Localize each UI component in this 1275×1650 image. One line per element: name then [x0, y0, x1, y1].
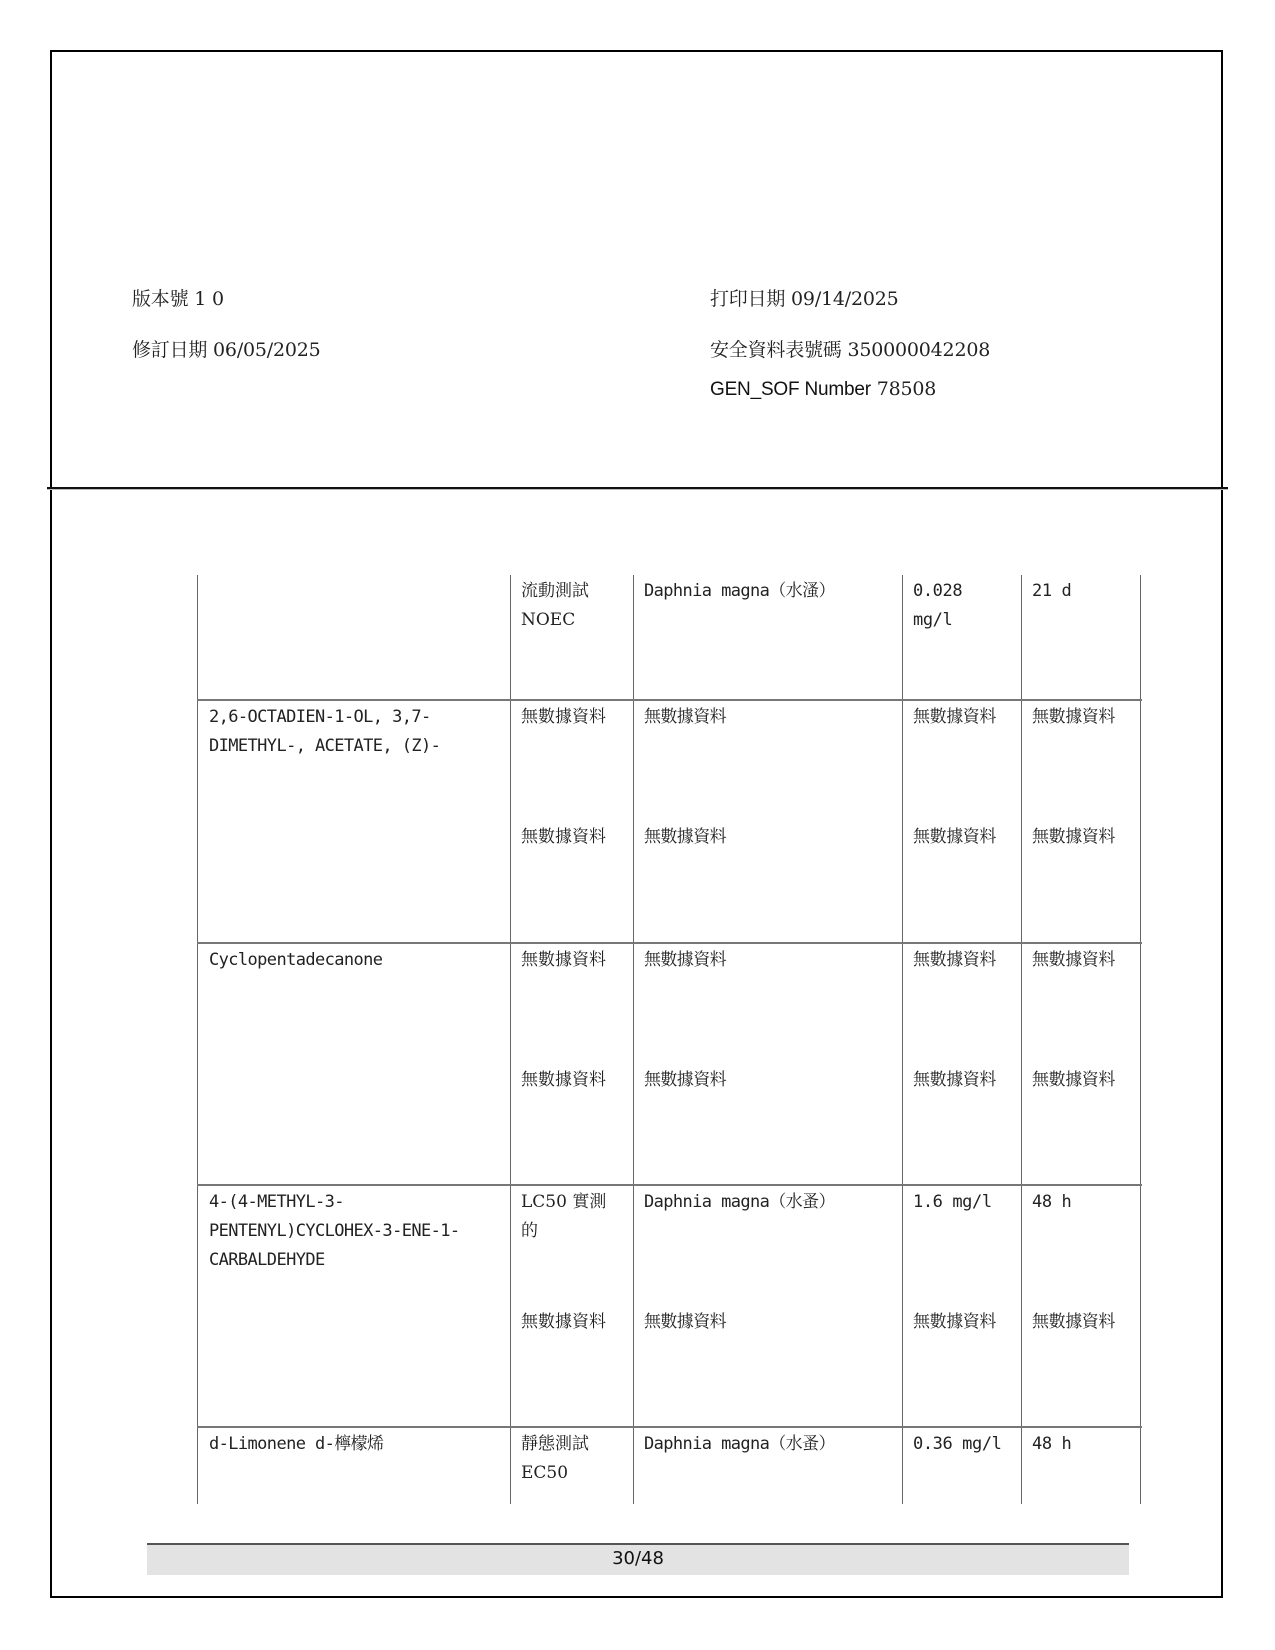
species-cell-column: 無數據資料無數據資料	[633, 944, 902, 1184]
revision-date: 06/05/2025	[213, 339, 321, 361]
table-row: 2,6-OCTADIEN-1-OL, 3,7-DIMETHYL-, ACETAT…	[197, 699, 1142, 942]
print-label: 打印日期	[710, 288, 785, 310]
duration-cell: 無數據資料	[1022, 701, 1140, 821]
species-cell-column: 無數據資料無數據資料	[633, 701, 902, 942]
test-type-cell-column: 無數據資料無數據資料	[510, 944, 633, 1184]
version-label: 版本號	[132, 288, 188, 310]
species-cell: Daphnia magna（水溞）	[634, 575, 902, 699]
test-type-cell: 靜態測試 EC50	[511, 1428, 633, 1504]
substance-cell: 4-(4-METHYL-3-PENTENYL)CYCLOHEX-3-ENE-1-…	[197, 1186, 510, 1426]
test-type-cell: 流動測試 NOEC	[511, 575, 633, 699]
header-divider	[47, 487, 1228, 490]
species-cell-column: Daphnia magna（水蚤）無數據資料	[633, 1186, 902, 1426]
duration-cell-column: 無數據資料無數據資料	[1021, 701, 1141, 942]
value-cell: 無數據資料	[903, 1064, 1021, 1184]
species-cell: 無數據資料	[634, 701, 902, 821]
duration-cell-column: 48 h無數據資料	[1021, 1186, 1141, 1426]
duration-cell: 無數據資料	[1022, 821, 1140, 942]
duration-cell: 無數據資料	[1022, 1064, 1140, 1184]
ecotoxicity-table: 流動測試 NOECDaphnia magna（水溞）0.028 mg/l21 d…	[197, 575, 1142, 1504]
test-type-cell: 無數據資料	[511, 701, 633, 821]
page-footer: 30/48	[147, 1543, 1129, 1575]
sds-number-line: 安全資料表號碼 350000042208	[710, 335, 990, 362]
duration-cell: 21 d	[1022, 575, 1140, 699]
print-date: 09/14/2025	[791, 288, 899, 310]
species-cell: Daphnia magna（水蚤）	[634, 1186, 902, 1306]
value-cell: 無數據資料	[903, 701, 1021, 821]
gen-sof-line: GEN_SOF Number 78508	[710, 378, 936, 401]
species-cell: 無數據資料	[634, 1306, 902, 1426]
value-cell: 0.36 mg/l	[903, 1428, 1021, 1504]
value-cell-column: 無數據資料無數據資料	[902, 701, 1021, 942]
gen-sof-number: 78508	[877, 378, 936, 400]
sds-number: 350000042208	[847, 339, 990, 361]
sds-label: 安全資料表號碼	[710, 339, 842, 361]
table-row: 4-(4-METHYL-3-PENTENYL)CYCLOHEX-3-ENE-1-…	[197, 1184, 1142, 1426]
version-line: 版本號 1 0	[132, 284, 224, 311]
test-type-cell-column: LC50 實測的無數據資料	[510, 1186, 633, 1426]
duration-cell: 無數據資料	[1022, 944, 1140, 1064]
duration-cell: 48 h	[1022, 1186, 1140, 1306]
test-type-cell-column: 無數據資料無數據資料	[510, 701, 633, 942]
duration-cell-column: 無數據資料無數據資料	[1021, 944, 1141, 1184]
value-cell-column: 0.36 mg/l	[902, 1428, 1021, 1504]
species-cell: 無數據資料	[634, 944, 902, 1064]
substance-cell: d-Limonene d-檸檬烯	[197, 1428, 510, 1504]
value-cell-column: 1.6 mg/l無數據資料	[902, 1186, 1021, 1426]
test-type-cell: 無數據資料	[511, 821, 633, 942]
substance-cell: Cyclopentadecanone	[197, 944, 510, 1184]
revision-date-line: 修訂日期 06/05/2025	[132, 335, 321, 362]
revision-label: 修訂日期	[132, 339, 207, 361]
value-cell-column: 0.028 mg/l	[902, 575, 1021, 699]
print-date-line: 打印日期 09/14/2025	[710, 284, 899, 311]
duration-cell: 無數據資料	[1022, 1306, 1140, 1426]
value-cell-column: 無數據資料無數據資料	[902, 944, 1021, 1184]
value-cell: 無數據資料	[903, 944, 1021, 1064]
duration-cell-column: 48 h	[1021, 1428, 1141, 1504]
species-cell: 無數據資料	[634, 821, 902, 942]
substance-cell: 2,6-OCTADIEN-1-OL, 3,7-DIMETHYL-, ACETAT…	[197, 701, 510, 942]
page-indicator: 30/48	[612, 1548, 664, 1569]
value-cell: 1.6 mg/l	[903, 1186, 1021, 1306]
species-cell-column: Daphnia magna（水溞）	[633, 575, 902, 699]
value-cell: 無數據資料	[903, 1306, 1021, 1426]
duration-cell-column: 21 d	[1021, 575, 1141, 699]
test-type-cell: 無數據資料	[511, 1064, 633, 1184]
substance-cell	[197, 575, 510, 699]
test-type-cell-column: 靜態測試 EC50	[510, 1428, 633, 1504]
test-type-cell: LC50 實測的	[511, 1186, 633, 1306]
duration-cell: 48 h	[1022, 1428, 1140, 1504]
species-cell: 無數據資料	[634, 1064, 902, 1184]
test-type-cell-column: 流動測試 NOEC	[510, 575, 633, 699]
gen-sof-label: GEN_SOF Number	[710, 379, 871, 400]
species-cell: Daphnia magna（水蚤）	[634, 1428, 902, 1504]
table-row: Cyclopentadecanone無數據資料無數據資料無數據資料無數據資料無數…	[197, 942, 1142, 1184]
test-type-cell: 無數據資料	[511, 1306, 633, 1426]
value-cell: 無數據資料	[903, 821, 1021, 942]
value-cell: 0.028 mg/l	[903, 575, 1021, 699]
version-value: 1 0	[194, 288, 224, 310]
table-row: d-Limonene d-檸檬烯靜態測試 EC50Daphnia magna（水…	[197, 1426, 1142, 1504]
test-type-cell: 無數據資料	[511, 944, 633, 1064]
table-row: 流動測試 NOECDaphnia magna（水溞）0.028 mg/l21 d	[197, 575, 1142, 699]
species-cell-column: Daphnia magna（水蚤）	[633, 1428, 902, 1504]
